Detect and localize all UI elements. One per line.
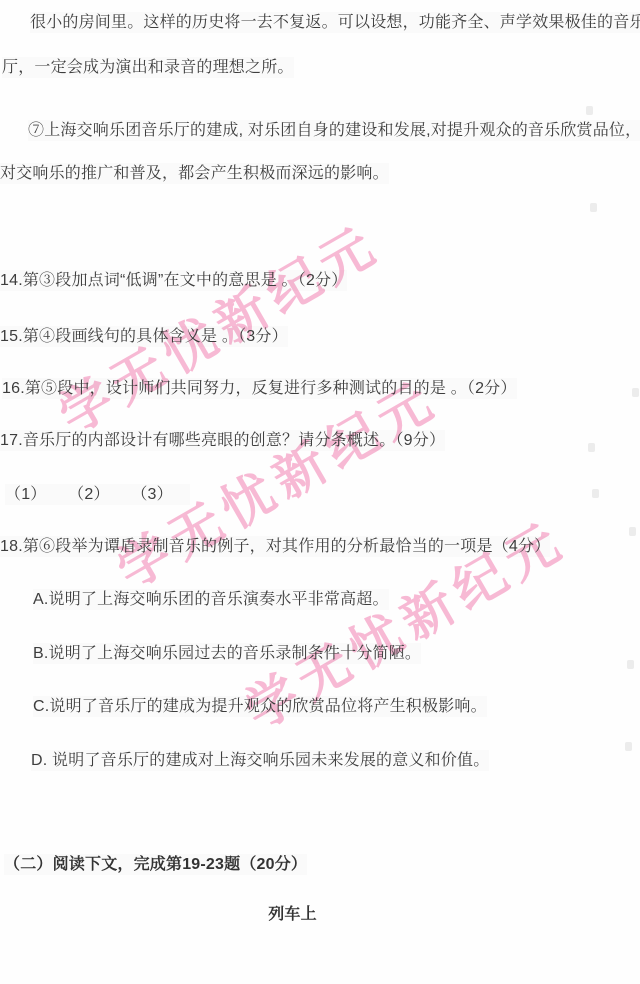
subpart-3: （3） [131,486,173,503]
question-17-subparts: （1） （2） （3） [5,484,190,505]
option-b: B.说明了上海交响乐园过去的音乐录制条件十分简陋。 [33,643,421,664]
section-two-header: （二）阅读下文，完成第19-23题（20分） [4,854,307,875]
passage-line-4: 对交响乐的推广和普及，都会产生积极而深远的影响。 [0,163,389,184]
option-c: C.说明了音乐厅的建成为提升观众的欣赏品位将产生积极影响。 [33,696,487,717]
subpart-2: （2） [68,486,110,503]
passage-line-3: ⑦上海交响乐团音乐厅的建成, 对乐团自身的建设和发展,对提升观众的音乐欣赏品位， [28,120,640,141]
option-d: D. 说明了音乐厅的建成对上海交响乐园未来发展的意义和价值。 [31,750,489,771]
document-text: 很小的房间里。这样的历史将一去不复返。可以设想，功能齐全、声学效果极佳的音乐 厅… [0,0,640,984]
question-16: 16.第⑤段中，设计师们共同努力，反复进行多种测试的目的是 。（2分） [2,378,517,399]
subpart-1: （1） [5,486,47,503]
passage-line-2: 厅，一定会成为演出和录音的理想之所。 [2,57,294,78]
exam-paper-page: 学无忧新纪元 学无忧新纪元 学无忧新纪元 很小的房间里。这样的历史将一去不复返。… [0,0,640,984]
question-17: 17.音乐厅的内部设计有哪些亮眼的创意？请分条概述。（9分） [0,430,445,451]
passage-line-1: 很小的房间里。这样的历史将一去不复返。可以设想，功能齐全、声学效果极佳的音乐 [30,12,640,33]
question-14: 14.第③段加点词“低调”在文中的意思是 。（2分） [0,270,347,291]
option-a: A.说明了上海交响乐团的音乐演奏水平非常高超。 [33,589,389,610]
question-18: 18.第⑥段举为谭盾录制音乐的例子，对其作用的分析最恰当的一项是（4分） [0,536,550,557]
question-15: 15.第④段画线句的具体含义是 。（3分） [0,326,288,347]
reading-title: 列车上 [0,904,585,925]
